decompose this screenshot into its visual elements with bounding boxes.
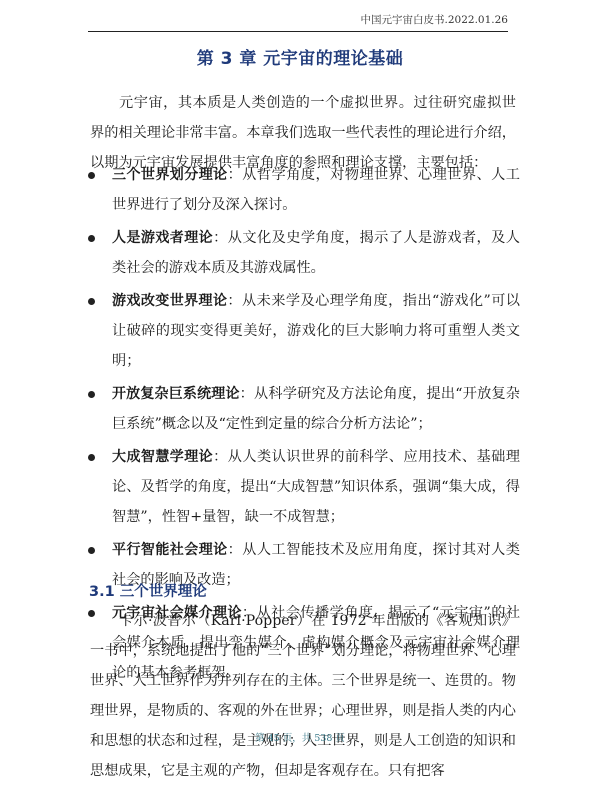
theory-item: 人是游戏者理论：从文化及史学角度，揭示了人是游戏者，及人类社会的游戏本质及其游戏…: [84, 223, 520, 283]
theory-term: 三个世界划分理论: [112, 167, 228, 183]
bullet-icon: [88, 298, 95, 305]
header-divider: [88, 31, 508, 32]
theory-item: 大成智慧学理论：从人类认识世界的前科学、应用技术、基础理论、及哲学的角度，提出“…: [84, 442, 520, 532]
theory-term: 游戏改变世界理论: [112, 293, 227, 309]
section-title: 3.1 三个世界理论: [89, 580, 207, 601]
theory-term: 开放复杂巨系统理论: [112, 386, 240, 402]
chapter-title: 第 3 章 元宇宙的理论基础: [0, 44, 600, 69]
bullet-icon: [88, 391, 95, 398]
theory-item: 游戏改变世界理论：从未来学及心理学角度，指出“游戏化”可以让破碎的现实变得更美好…: [84, 286, 520, 376]
bullet-icon: [88, 172, 95, 179]
theory-item: 开放复杂巨系统理论：从科学研究及方法论角度，提出“开放复杂巨系统”概念以及“定性…: [84, 379, 520, 439]
theory-term: 平行智能社会理论: [112, 542, 228, 558]
section-paragraph: 卡尔·波普尔（Karl·Popper）在 1972 年出版的《客观知识》一书中，…: [90, 606, 516, 786]
running-header: 中国元宇宙白皮书.2022.01.26: [361, 12, 508, 27]
section-body: 卡尔·波普尔（Karl·Popper）在 1972 年出版的《客观知识》一书中，…: [90, 606, 516, 786]
theory-term: 大成智慧学理论: [112, 449, 213, 465]
bullet-icon: [88, 235, 95, 242]
bullet-icon: [88, 454, 95, 461]
document-page: 中国元宇宙白皮书.2022.01.26 第 3 章 元宇宙的理论基础 元宇宙，其…: [0, 0, 600, 788]
bullet-icon: [88, 547, 95, 554]
theory-term: 人是游戏者理论: [112, 230, 213, 246]
page-number: 第 45 页，共 538 页: [0, 730, 600, 744]
theory-item: 三个世界划分理论：从哲学角度，对物理世界、心理世界、人工世界进行了划分及深入探讨…: [84, 160, 520, 220]
